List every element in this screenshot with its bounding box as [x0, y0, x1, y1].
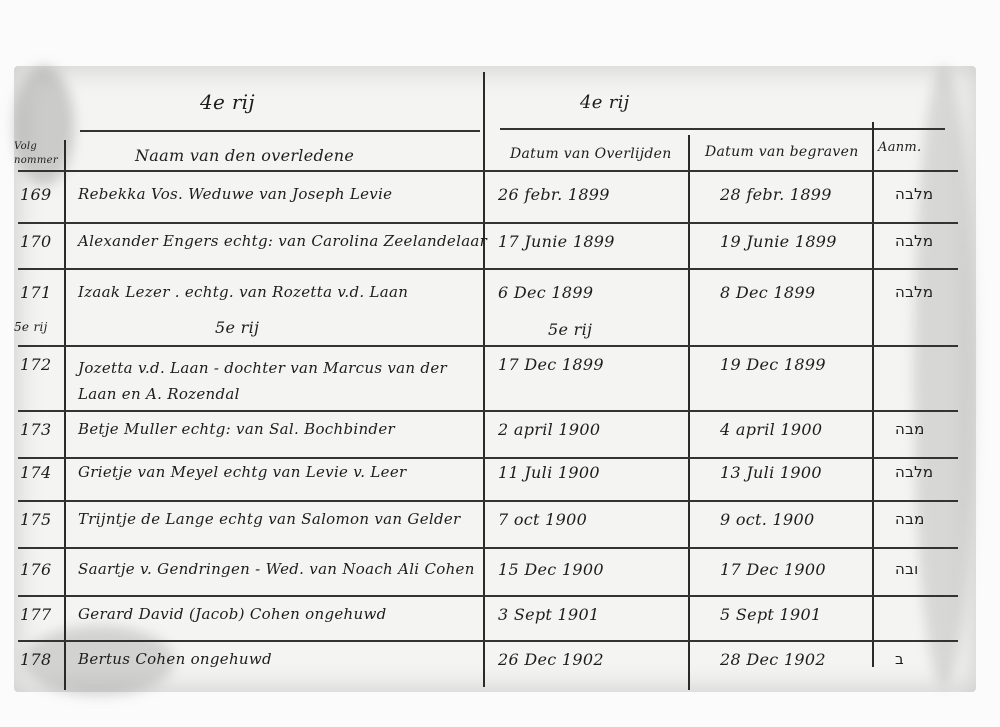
row-divider-line — [18, 345, 958, 347]
row-remark: ב — [895, 650, 904, 668]
row-name: Rebekka Vos. Weduwe van Joseph Levie — [78, 185, 392, 203]
row-number: 172 — [20, 355, 51, 374]
row-date-death: 26 febr. 1899 — [498, 185, 610, 204]
row-date-burial: 17 Dec 1900 — [720, 560, 826, 579]
row-date-burial: 13 Juli 1900 — [720, 463, 822, 482]
row-name: Jozetta v.d. Laan - dochter van Marcus v… — [78, 355, 483, 407]
row-date-death: 17 Junie 1899 — [498, 232, 615, 251]
row-divider-label: 5e rij — [215, 318, 259, 337]
row-divider-line — [18, 268, 958, 270]
row-divider-line — [18, 595, 958, 597]
row-date-death: 26 Dec 1902 — [498, 650, 604, 669]
column-header-remarks: Aanm. — [878, 140, 921, 155]
row-remark: ובה — [895, 560, 918, 578]
column-header-date-burial: Datum van begraven — [705, 144, 859, 160]
column-header-name: Naam van den overledene — [135, 146, 354, 165]
column-header-date-death: Datum van Overlijden — [510, 146, 672, 162]
margin-row-label: 5e rij — [14, 320, 48, 334]
row-number: 174 — [20, 463, 51, 482]
row-number: 175 — [20, 510, 51, 529]
row-date-burial: 28 Dec 1902 — [720, 650, 826, 669]
row-name: Saartje v. Gendringen - Wed. van Noach A… — [78, 560, 475, 578]
row-date-burial: 4 april 1900 — [720, 420, 822, 439]
row-date-burial: 19 Junie 1899 — [720, 232, 837, 251]
row-divider-line — [18, 640, 958, 642]
row-number: 173 — [20, 420, 51, 439]
row-date-burial: 28 febr. 1899 — [720, 185, 832, 204]
row-number: 176 — [20, 560, 51, 579]
row-remark: מבה — [895, 510, 925, 528]
row-date-death: 15 Dec 1900 — [498, 560, 604, 579]
row-name: Grietje van Meyel echtg van Levie v. Lee… — [78, 463, 407, 481]
row-name: Bertus Cohen ongehuwd — [78, 650, 272, 668]
row-name: Izaak Lezer . echtg. van Rozetta v.d. La… — [78, 283, 408, 301]
row-date-death: 2 april 1900 — [498, 420, 600, 439]
left-page-header: 4e rij — [200, 90, 255, 114]
row-remark: מלבה — [895, 185, 933, 203]
row-divider-line — [18, 457, 958, 459]
row-date-death: 17 Dec 1899 — [498, 355, 604, 374]
row-name: Alexander Engers echtg: van Carolina Zee… — [78, 232, 487, 250]
row-date-death: 11 Juli 1900 — [498, 463, 600, 482]
row-remark: מלבה — [895, 232, 933, 250]
row-number: 177 — [20, 605, 51, 624]
right-page-header: 4e rij — [580, 92, 630, 113]
column-header-number: Volg nommer — [14, 140, 62, 168]
row-number: 178 — [20, 650, 51, 669]
row-name: Gerard David (Jacob) Cohen ongehuwd — [78, 605, 387, 623]
row-date-burial: 8 Dec 1899 — [720, 283, 815, 302]
row-number: 169 — [20, 185, 51, 204]
row-number: 170 — [20, 232, 51, 251]
row-date-burial: 19 Dec 1899 — [720, 355, 826, 374]
row-date-death: 3 Sept 1901 — [498, 605, 599, 624]
row-date-death: 6 Dec 1899 — [498, 283, 593, 302]
row-name: Betje Muller echtg: van Sal. Bochbinder — [78, 420, 395, 438]
row-number: 171 — [20, 283, 51, 302]
row-remark: מבה — [895, 420, 925, 438]
row-divider-line — [18, 500, 958, 502]
row-remark: מלבה — [895, 283, 933, 301]
row-divider-line — [18, 222, 958, 224]
row-divider-line — [18, 547, 958, 549]
row-divider-line — [18, 170, 958, 172]
row-remark: מלבה — [895, 463, 933, 481]
row-date-burial: 9 oct. 1900 — [720, 510, 814, 529]
row-divider-label-right: 5e rij — [548, 320, 592, 339]
row-divider-line — [18, 410, 958, 412]
row-date-burial: 5 Sept 1901 — [720, 605, 821, 624]
row-date-death: 7 oct 1900 — [498, 510, 587, 529]
row-name: Trijntje de Lange echtg van Salomon van … — [78, 510, 461, 528]
